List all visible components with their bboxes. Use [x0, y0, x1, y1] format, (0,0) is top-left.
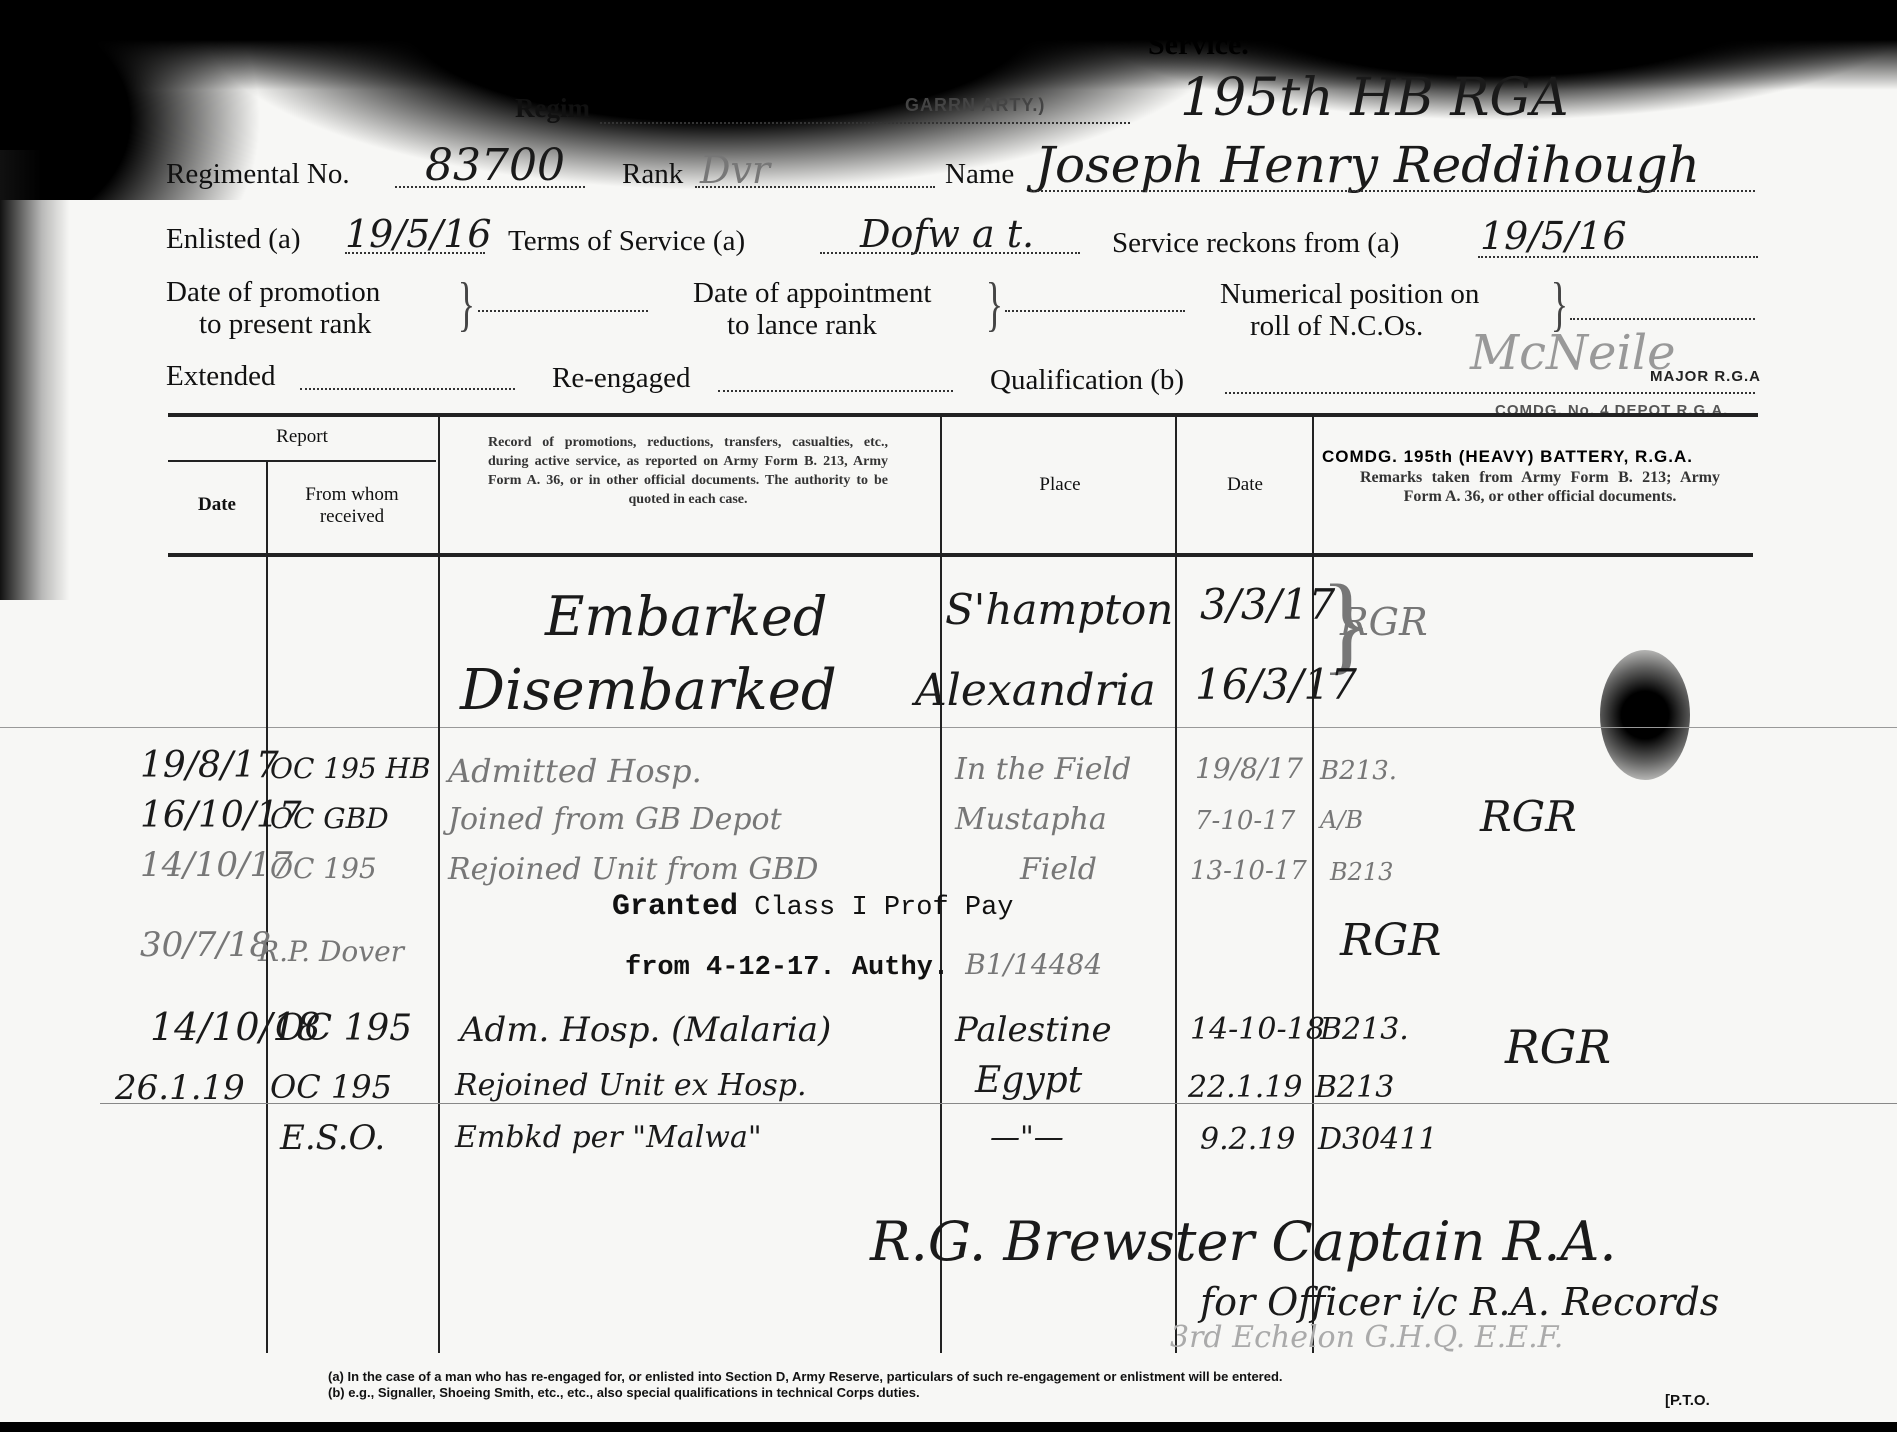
pto-mark: [P.T.O.: [1665, 1393, 1710, 1409]
col-divider: [266, 460, 268, 1353]
date2-cell: 9.2.19: [1200, 1122, 1295, 1157]
rank-label: Rank: [622, 158, 683, 191]
from-cell: OC 195: [275, 1008, 412, 1049]
typed-from: from 4-12-17.: [625, 953, 836, 983]
reengaged-label: Re-engaged: [552, 362, 691, 395]
row-rule: [100, 1103, 1897, 1104]
form-title-fragment: Service.: [1148, 28, 1249, 62]
record-cell: Disembarked: [460, 658, 837, 723]
date-cell: 30/7/18: [140, 925, 271, 965]
col-divider: [438, 417, 440, 1353]
from-cell: R.P. Dover: [258, 935, 404, 968]
record-cell: Admitted Hosp.: [448, 752, 702, 790]
date2-cell: 14-10-18: [1190, 1012, 1325, 1047]
brace-icon: }: [986, 270, 1003, 339]
fold-line: [0, 727, 1897, 728]
typed-entry-line2: from 4-12-17. Authy. B1/14484: [625, 948, 1102, 983]
typed-authy-ref: B1/14484: [965, 948, 1102, 981]
regiment-printed: GARRN ARTY.): [905, 95, 1045, 116]
record-cell: Rejoined Unit ex Hosp.: [455, 1068, 806, 1103]
date2-cell: 16/3/17: [1195, 660, 1357, 709]
place-cell: Field: [1020, 852, 1097, 887]
place-cell: S'hampton: [945, 585, 1173, 634]
from-cell: OC 195 HB: [270, 752, 431, 785]
col-header-record: Record of promotions, reductions, transf…: [488, 433, 888, 509]
date2-cell: 19/8/17: [1195, 752, 1303, 785]
appointment-underline: [1005, 310, 1185, 312]
signature-line-2: for Officer i/c R.A. Records: [1200, 1280, 1719, 1324]
from-cell: E.S.O.: [280, 1118, 385, 1158]
initials-cell: RGR: [1480, 792, 1577, 841]
promotion-label-1: Date of promotion: [166, 276, 380, 309]
appointment-label-1: Date of appointment: [693, 277, 931, 310]
rank-underline: [695, 186, 935, 188]
battery-stamp: COMDG. 195th (HEAVY) BATTERY, R.G.A.: [1322, 447, 1693, 467]
report-subheader-rule: [168, 460, 436, 462]
record-cell: Rejoined Unit from GBD: [448, 852, 818, 887]
record-cell: Embkd per "Malwa": [455, 1120, 762, 1155]
extended-underline: [300, 388, 515, 390]
date2-cell: 13-10-17: [1190, 856, 1307, 886]
promotion-label-2: to present rank: [199, 308, 371, 341]
enlisted-value: 19/5/16: [345, 212, 492, 256]
col-header-place: Place: [945, 474, 1175, 496]
signature-line-3: 3rd Echelon G.H.Q. E.E.F.: [1170, 1320, 1563, 1355]
terms-underline: [820, 252, 1080, 254]
record-cell: Adm. Hosp. (Malaria): [460, 1010, 831, 1050]
ink-blot: [1600, 650, 1690, 780]
record-cell: Joined from GB Depot: [448, 802, 782, 837]
name-underline: [1030, 190, 1755, 192]
regiment-handwritten: 195th HB RGA: [1180, 68, 1569, 128]
regiment-label: Regim: [515, 93, 590, 124]
date-cell: 26.1.19: [115, 1068, 245, 1108]
promotion-underline: [478, 310, 648, 312]
col-header-report: Report: [168, 426, 436, 448]
place-cell: Alexandria: [915, 665, 1156, 716]
regimental-no-value: 83700: [425, 140, 565, 191]
typed-entry-line1: Granted Class I Prof Pay: [612, 890, 1013, 924]
place-cell: Mustapha: [955, 802, 1107, 837]
reckons-underline: [1478, 256, 1758, 258]
scan-dark-edge-left: [0, 150, 70, 600]
terms-label: Terms of Service (a): [508, 225, 745, 258]
remarks-cell: B213: [1330, 858, 1393, 886]
date2-cell: 22.1.19: [1188, 1070, 1303, 1105]
reckons-value: 19/5/16: [1480, 214, 1627, 258]
date-cell: 19/8/17: [140, 745, 279, 786]
brace-icon: }: [458, 270, 475, 339]
typed-granted: Granted: [612, 890, 738, 924]
remarks-cell: D30411: [1318, 1122, 1438, 1157]
place-cell: In the Field: [955, 752, 1131, 787]
record-cell: Embarked: [545, 585, 827, 648]
typed-class: Class I Prof Pay: [754, 893, 1013, 923]
numerical-label-2: roll of N.C.Os.: [1250, 310, 1423, 343]
place-cell: —"—: [990, 1120, 1064, 1155]
footnote-b: (b) e.g., Signaller, Shoeing Smith, etc.…: [328, 1385, 920, 1401]
name-value: Joseph Henry Reddihough: [1035, 136, 1700, 194]
remarks-cell: B213.: [1320, 1012, 1409, 1047]
typed-authy: Authy.: [852, 953, 949, 983]
major-signature: McNeile: [1470, 325, 1676, 381]
terms-value: Dofw a t.: [860, 212, 1034, 256]
regimental-no-label: Regimental No.: [166, 158, 350, 191]
regimental-no-underline: [395, 186, 585, 188]
remarks-cell: B213: [1315, 1070, 1394, 1105]
place-cell: Egypt: [975, 1060, 1082, 1101]
appointment-label-2: to lance rank: [727, 309, 877, 342]
qualification-underline: [1225, 392, 1755, 394]
from-cell: OC 195: [270, 1068, 392, 1106]
remarks-cell: A/B: [1320, 806, 1363, 834]
enlisted-label: Enlisted (a): [166, 223, 300, 256]
date2-cell: 3/3/17: [1200, 580, 1335, 629]
table-header-rule: [168, 553, 1753, 557]
col-header-date2: Date: [1180, 474, 1310, 496]
from-cell: OC GBD: [270, 802, 389, 835]
major-stamp: MAJOR R.G.A: [1650, 368, 1761, 385]
enlisted-underline: [345, 252, 485, 254]
scan-dark-edge-bottom: [0, 1422, 1897, 1432]
extended-label: Extended: [166, 360, 276, 393]
initials-cell: RGR: [1340, 915, 1441, 966]
col-header-from: From whom received: [272, 484, 432, 528]
table-top-rule: [168, 413, 1758, 417]
reckons-label: Service reckons from (a): [1112, 227, 1399, 260]
place-cell: Palestine: [955, 1010, 1112, 1050]
signature-line-1: R.G. Brewster Captain R.A.: [870, 1210, 1617, 1273]
numerical-label-1: Numerical position on: [1220, 278, 1479, 311]
remarks-cell: B213.: [1320, 756, 1397, 786]
col-header-date: Date: [168, 494, 266, 516]
regiment-underline: [600, 122, 1130, 124]
initials-cell: RGR: [1505, 1020, 1611, 1074]
name-label: Name: [945, 158, 1014, 191]
from-cell: OC 195: [270, 852, 377, 885]
reengaged-underline: [718, 390, 953, 392]
numerical-underline: [1570, 318, 1755, 320]
footnote-a: (a) In the case of a man who has re-enga…: [328, 1369, 1283, 1385]
date2-cell: 7-10-17: [1195, 806, 1295, 836]
col-header-remarks: Remarks taken from Army Form B. 213; Arm…: [1360, 468, 1720, 506]
qualification-label: Qualification (b): [990, 364, 1184, 397]
